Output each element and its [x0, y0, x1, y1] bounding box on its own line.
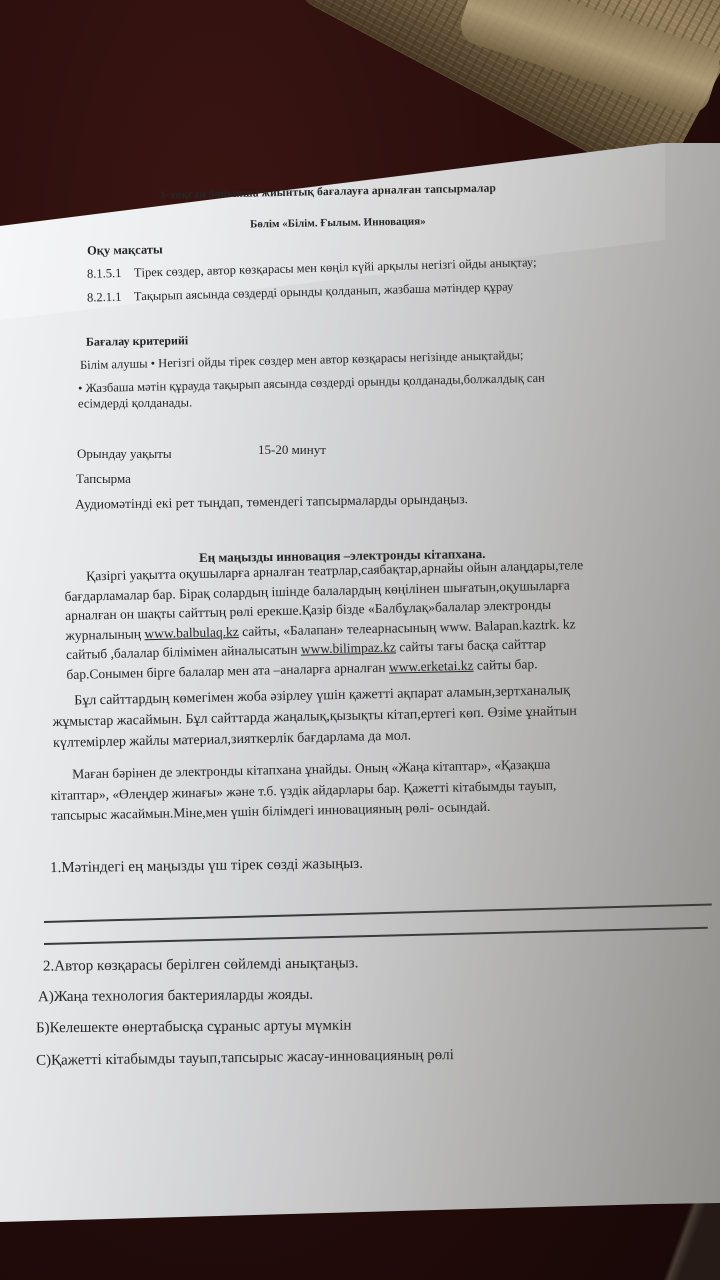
question-2-option-c[interactable]: С)Қажетті кітабымды тауып,тапсырыс жасау… — [36, 1047, 454, 1070]
criteria-line-3: есімдерді қолданады. — [78, 396, 192, 412]
link-erketai[interactable]: www.erketai.kz — [389, 657, 474, 674]
duration-value: 15-20 минут — [258, 442, 326, 458]
question-2: 2.Автор көзқарасы берілген сөйлемді анық… — [43, 955, 359, 975]
document-title: 1-тоқсан бойынша жиынтық бағалауға арнал… — [160, 182, 496, 201]
link-balbulaq[interactable]: www.balbulaq.kz — [144, 624, 239, 641]
criteria-line-2: • Жазбаша мәтін құрауда тақырып аясында … — [78, 371, 545, 397]
question-2-option-b[interactable]: Б)Келешекте өнертабысқа сұраныс артуы мү… — [36, 1018, 352, 1038]
criteria-line-1: Білім алушы • Негізгі ойды тірек сөздер … — [80, 348, 524, 373]
document-content: 1-тоқсан бойынша жиынтық бағалауға арнал… — [0, 0, 720, 1280]
article-paragraph-1: Қазіргі уақытта оқушыларға арналған теат… — [64, 555, 586, 684]
goal-text: Тірек сөздер, автор көзқарасы мен көңіл … — [134, 255, 537, 280]
learning-goal-1: 8.1.5.1 Тірек сөздер, автор көзқарасы ме… — [87, 255, 537, 282]
text-span: сайтыб ,балалар білімімен айналысатын — [66, 642, 301, 662]
answer-line-1[interactable] — [44, 904, 712, 923]
link-bilimpaz[interactable]: www.bilimpaz.kz — [301, 639, 396, 656]
article-paragraph-2: Бұл сайттардың көмегімен жоба әзірлеу үш… — [52, 680, 577, 754]
section-title: Бөлім «Білім. Ғылым. Инновация» — [250, 215, 426, 230]
question-2-option-a[interactable]: А)Жаңа технология бактерияларды жояды. — [38, 987, 313, 1006]
learning-goals-heading: Оқу мақсаты — [87, 242, 163, 258]
task-label: Тапсырма — [76, 471, 131, 487]
goal-text: Тақырып аясында сөздерді орынды қолданып… — [134, 279, 514, 303]
learning-goal-2: 8.2.1.1 Тақырып аясында сөздерді орынды … — [87, 279, 514, 305]
assessment-criteria-heading: Бағалау критерийі — [86, 333, 188, 349]
answer-line-2[interactable] — [44, 927, 708, 945]
text-span: сайты бар. — [473, 656, 537, 672]
text-span: сайты тағы басқа сайттар — [396, 636, 546, 654]
question-1: 1.Мәтіндегі ең маңызды үш тірек сөзді жа… — [50, 856, 363, 877]
goal-code: 8.1.5.1 — [87, 266, 122, 281]
goal-code: 8.2.1.1 — [87, 290, 122, 305]
duration-label: Орындау уақыты — [77, 446, 172, 462]
article-paragraph-3: Маған бәрінен де электронды кітапхана ұн… — [50, 754, 557, 826]
task-instruction: Аудиомәтінді екі рет тыңдап, төмендегі т… — [75, 491, 468, 512]
text-span: журналының — [65, 626, 144, 643]
